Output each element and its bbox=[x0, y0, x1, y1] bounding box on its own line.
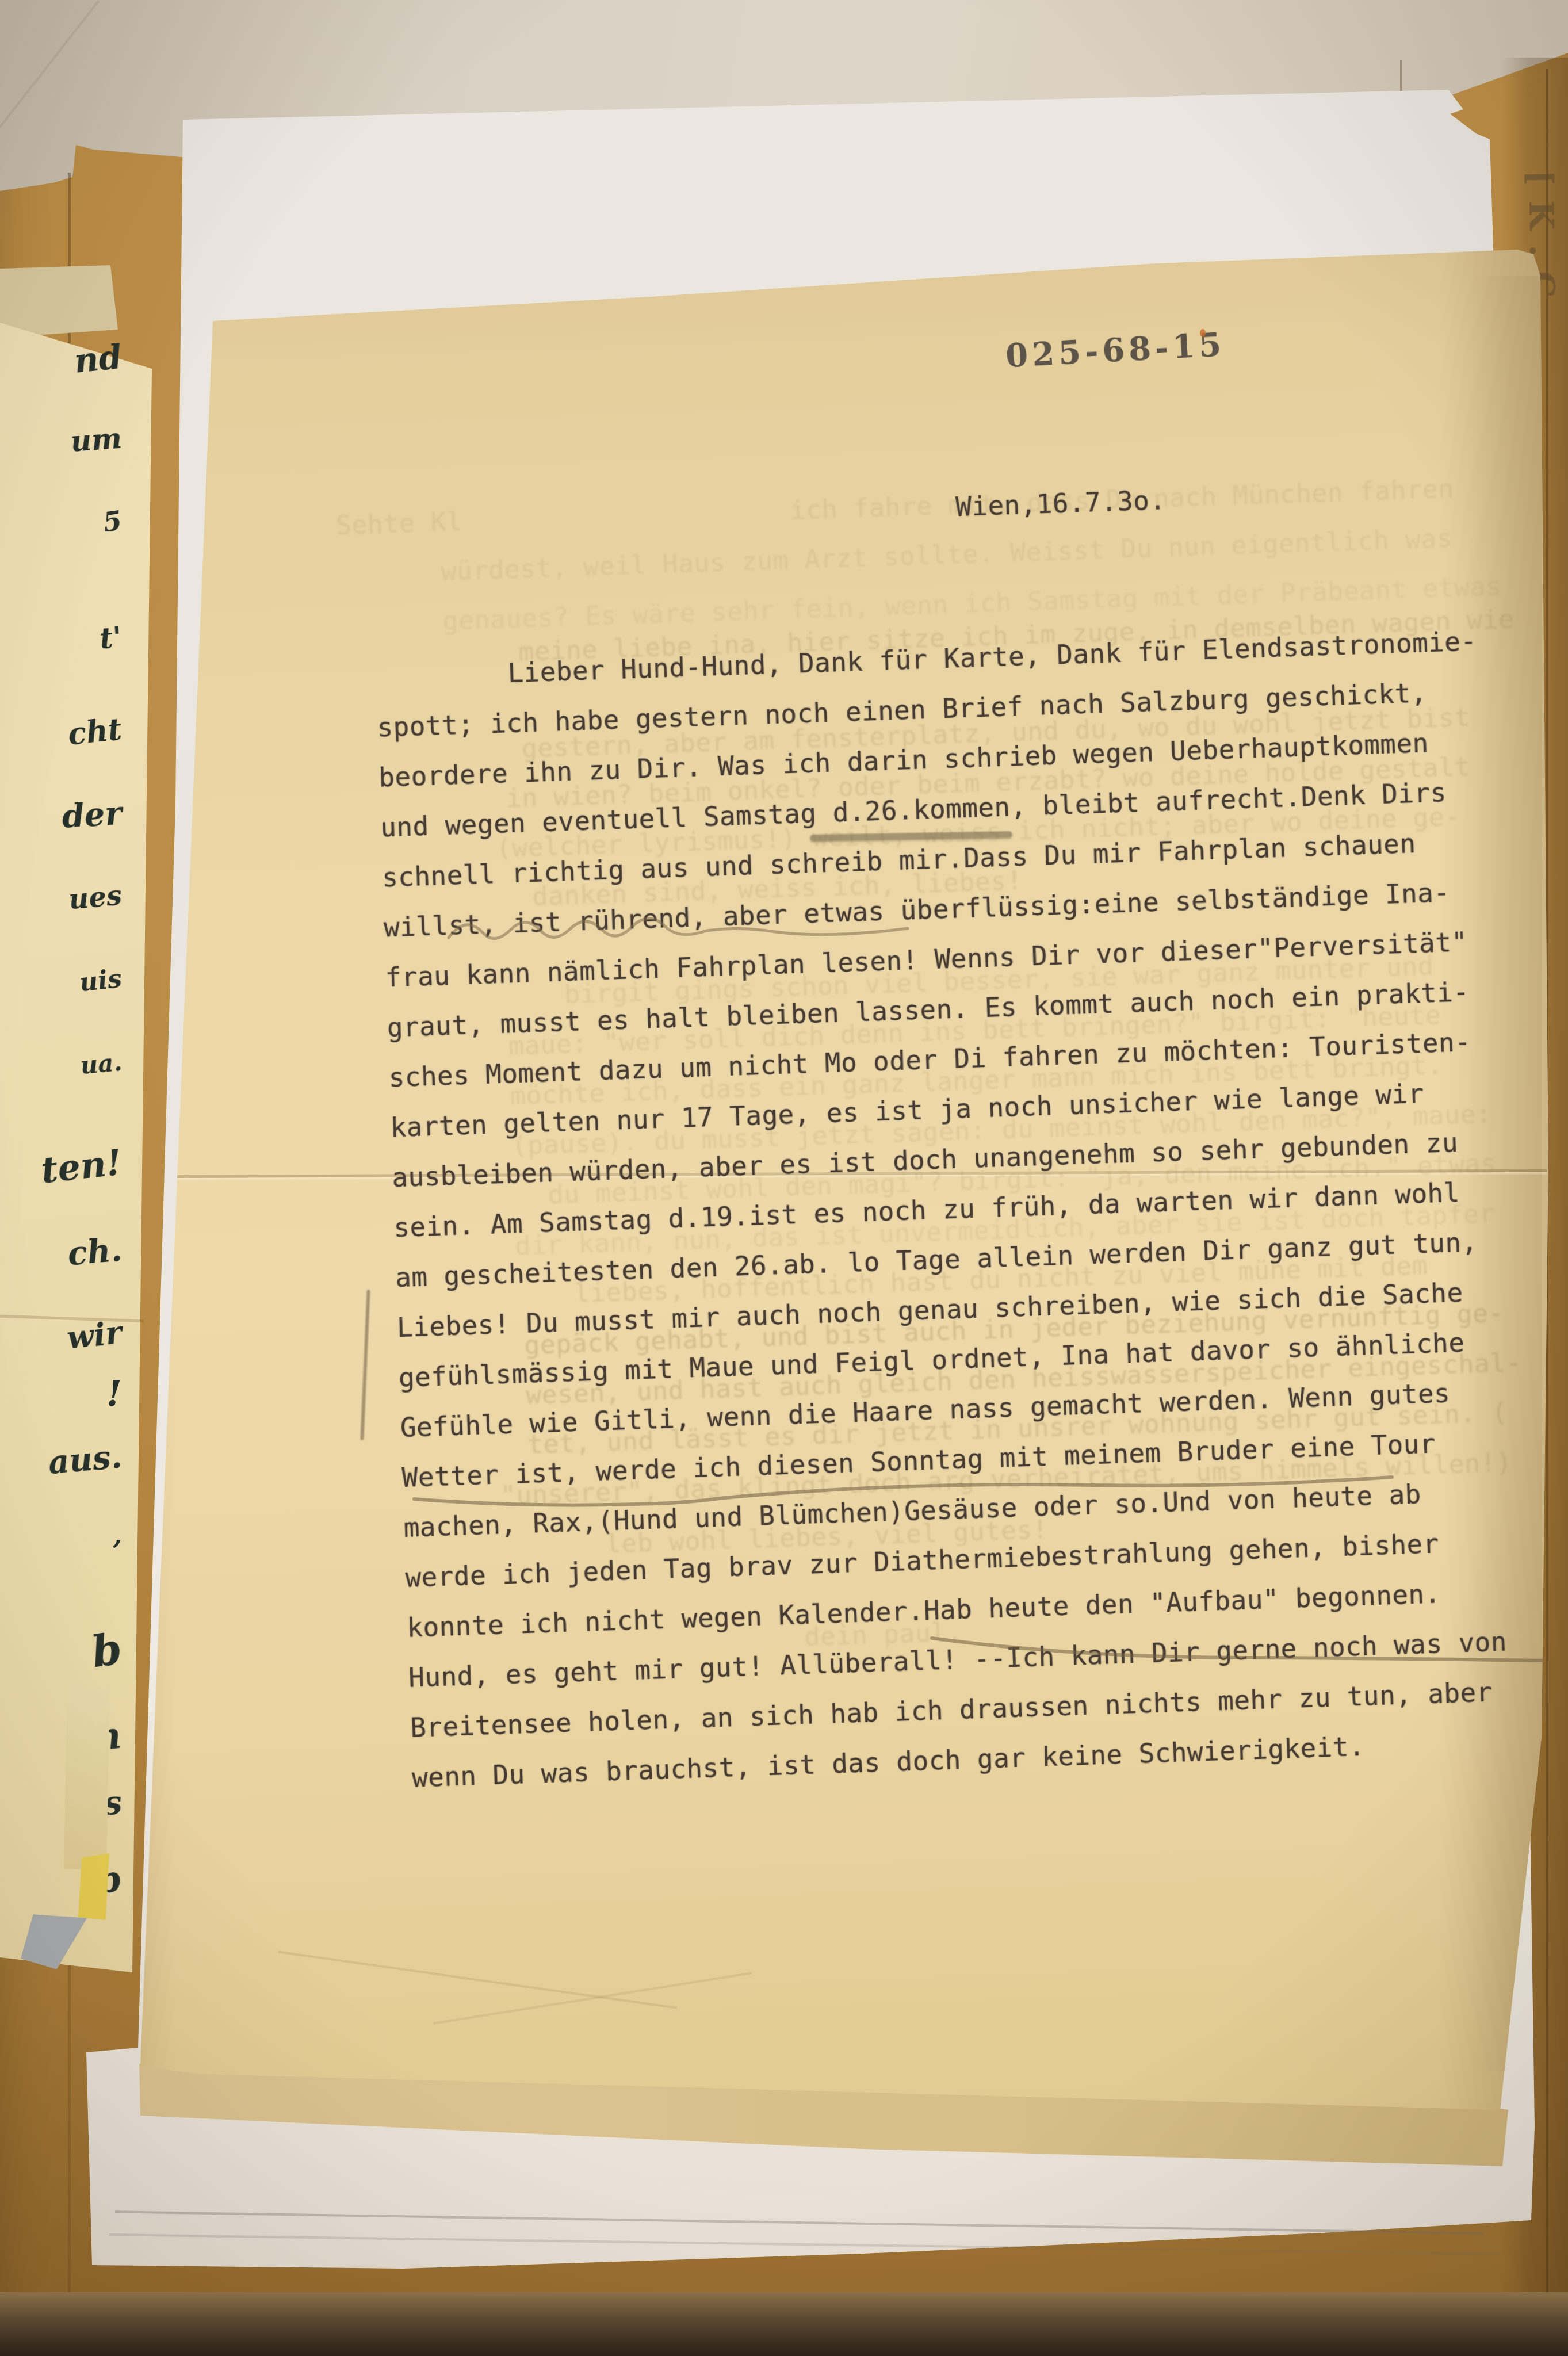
pencil-underline-sonntag bbox=[408, 1466, 1398, 1512]
yellow-paper-sliver bbox=[78, 1853, 109, 1920]
letter-body: Lieber Hund-Hund, Dank für Karte, Dank f… bbox=[247, 418, 1512, 460]
archive-photo-scene: [K.C. ndum5t'chtderuesuisua.ten!ch.wir!a… bbox=[0, 0, 1568, 2356]
typed-line: wenn Du was brauchst, ist das doch gar k… bbox=[411, 1731, 1365, 1793]
typed-letter-page: 025-68-15 Sehte Klich fahre mit, dass Du… bbox=[132, 242, 1553, 2122]
archive-number: 025-68-15 bbox=[1005, 326, 1226, 375]
pencil-underline-aufbau bbox=[926, 1622, 1568, 1674]
bleed-through-layer: Sehte Klich fahre mit, dass Du nach Münc… bbox=[247, 418, 1512, 460]
paper-strip bbox=[64, 1685, 110, 1869]
table-shadow-band bbox=[0, 2292, 1568, 2356]
bleed-through-line: Sehte Kl bbox=[335, 506, 463, 541]
handwriting-fragment: , bbox=[0, 1523, 168, 1548]
page-crease bbox=[278, 1950, 677, 2009]
dateline: Wien,16.7.3o. bbox=[955, 484, 1166, 522]
pencil-scribble bbox=[443, 903, 915, 961]
typewritten-text-block: Sehte Klich fahre mit, dass Du nach Münc… bbox=[247, 418, 1560, 1898]
paper-speck bbox=[1200, 329, 1206, 337]
